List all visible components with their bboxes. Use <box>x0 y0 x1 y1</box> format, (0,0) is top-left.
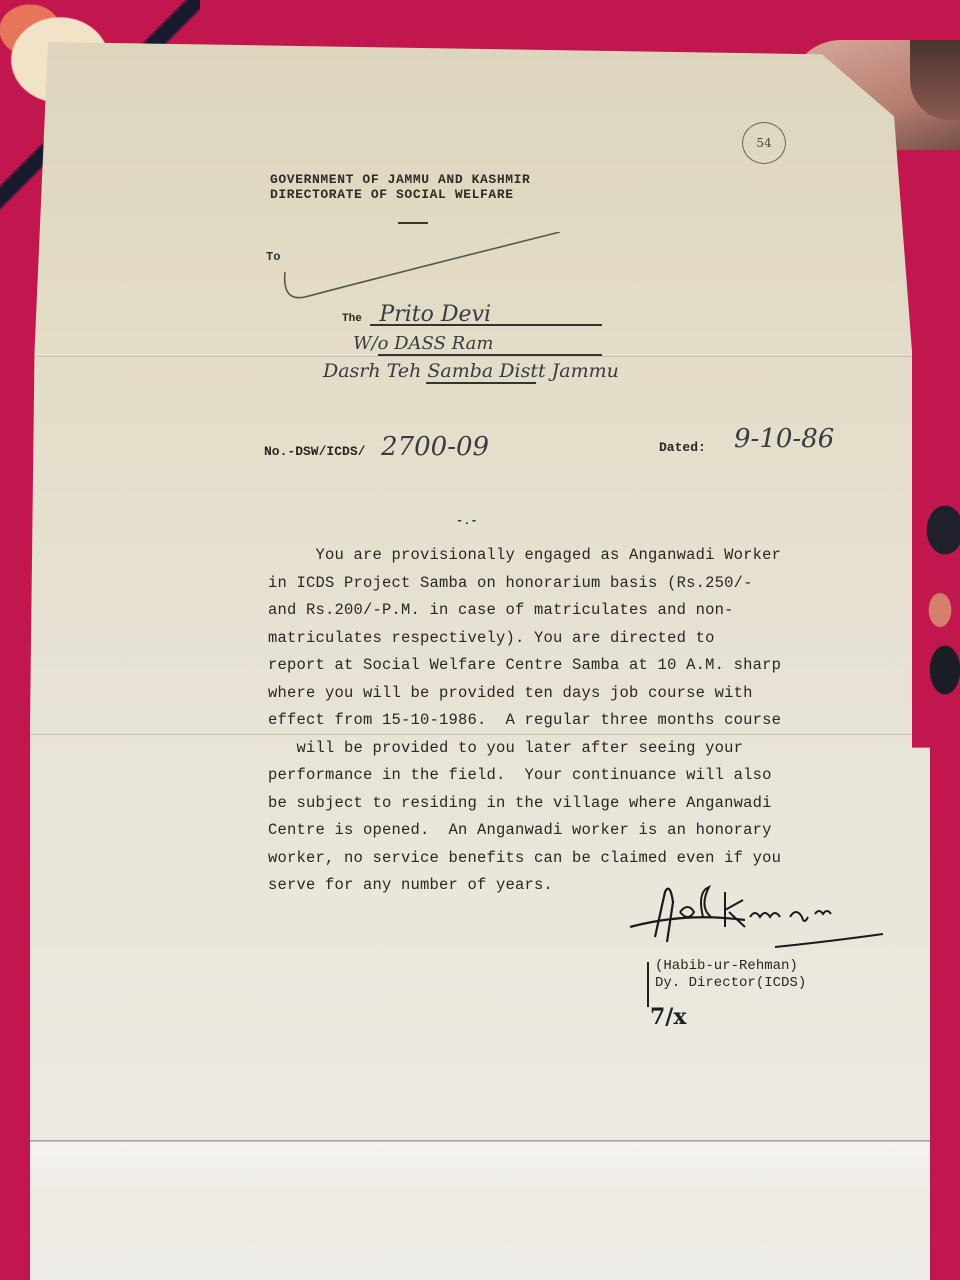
reference-number: 2700-09 <box>381 432 489 462</box>
handwritten-initials: 7/x <box>650 1004 686 1030</box>
body-line: effect from 15-10-1986. A regular three … <box>268 707 888 735</box>
signatory-designation: Dy. Director(ICDS) <box>655 975 806 992</box>
letter-paper: 54 GOVERNMENT OF JAMMU AND KASHMIR DIREC… <box>30 42 930 1280</box>
addressee-address-line: Dasrh Teh Samba Distt Jammu <box>315 360 619 382</box>
addressee-relation-line: W/o DASS Ram <box>345 333 493 354</box>
pencil-tick-mark <box>280 232 580 312</box>
body-line: will be provided to you later after seei… <box>268 735 888 763</box>
letterhead-rule <box>398 222 428 224</box>
addressee-address: Dasrh Teh Samba Distt Jammu <box>323 360 619 382</box>
letterhead-government: GOVERNMENT OF JAMMU AND KASHMIR <box>270 172 530 187</box>
to-label: To <box>266 250 280 264</box>
body-line: You are provisionally engaged as Anganwa… <box>268 542 888 570</box>
body-line: and Rs.200/-P.M. in case of matriculates… <box>268 597 888 625</box>
thumb-shadow <box>910 40 960 120</box>
body-line: be subject to residing in the village wh… <box>268 790 888 818</box>
background-fabric-pattern-right <box>920 470 960 730</box>
signature <box>625 872 895 962</box>
body-line: matriculates respectively). You are dire… <box>268 625 888 653</box>
body-line: where you will be provided ten days job … <box>268 680 888 708</box>
body-line: in ICDS Project Samba on honorarium basi… <box>268 570 888 598</box>
dated-label: Dated: <box>659 440 706 455</box>
reference-line: No.-DSW/ICDS/ 2700-09 Dated: 9-10-86 <box>264 432 944 462</box>
addressee-relation: W/o DASS Ram <box>353 333 493 354</box>
underline <box>426 382 536 384</box>
dated-value: 9-10-86 <box>734 424 834 454</box>
page-number-circle: 54 <box>742 122 786 164</box>
signatory-block: (Habib-ur-Rehman) Dy. Director(ICDS) <box>655 958 806 992</box>
underline <box>370 324 602 326</box>
letter-body: You are provisionally engaged as Anganwa… <box>268 542 888 900</box>
signatory-name: (Habib-ur-Rehman) <box>655 958 806 975</box>
body-line: performance in the field. Your continuan… <box>268 762 888 790</box>
body-line: worker, no service benefits can be claim… <box>268 845 888 873</box>
letterhead-directorate: DIRECTORATE OF SOCIAL WELFARE <box>270 187 530 202</box>
body-line: Centre is opened. An Anganwadi worker is… <box>268 817 888 845</box>
underline <box>378 354 602 356</box>
letterhead: GOVERNMENT OF JAMMU AND KASHMIR DIRECTOR… <box>270 172 530 202</box>
body-line: report at Social Welfare Centre Samba at… <box>268 652 888 680</box>
separator: -.- <box>456 514 478 528</box>
signature-bracket <box>647 962 649 1007</box>
paper-light-area <box>30 1142 930 1192</box>
reference-prefix: No.-DSW/ICDS/ <box>264 444 365 459</box>
the-label: The <box>342 313 362 325</box>
